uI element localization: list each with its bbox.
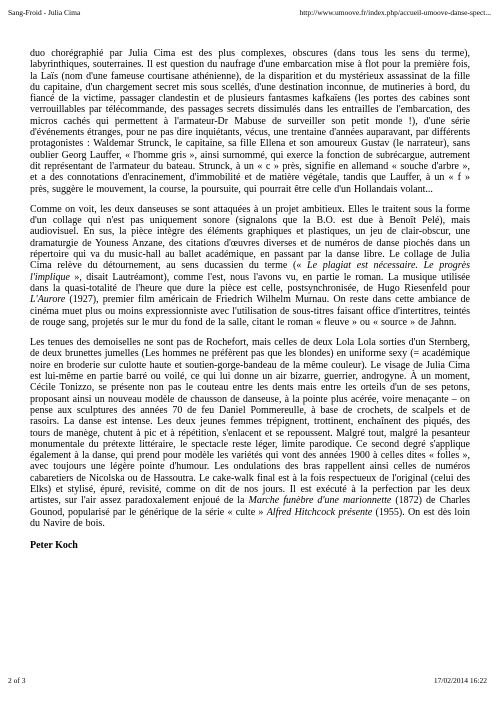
body-paragraph: Les tenues des demoiselles ne sont pas d… xyxy=(30,337,470,529)
print-footer: 2 of 3 17/02/2014 16:22 xyxy=(8,676,487,685)
body-paragraph: Comme on voit, les deux danseuses se son… xyxy=(30,204,470,328)
document-title: Sang-Froid - Julia Cima xyxy=(8,8,80,17)
print-header: Sang-Froid - Julia Cima http://www.umoov… xyxy=(8,8,491,17)
author-signature: Peter Koch xyxy=(30,540,470,551)
source-url: http://www.umoove.fr/index.php/accueil-u… xyxy=(299,8,491,17)
body-paragraph: duo chorégraphié par Julia Cima est des … xyxy=(30,48,470,195)
printed-page: Sang-Froid - Julia Cima http://www.umoov… xyxy=(0,0,500,722)
page-number: 2 of 3 xyxy=(8,676,26,685)
article-body: duo chorégraphié par Julia Cima est des … xyxy=(30,48,470,551)
print-datetime: 17/02/2014 16:22 xyxy=(434,676,487,685)
